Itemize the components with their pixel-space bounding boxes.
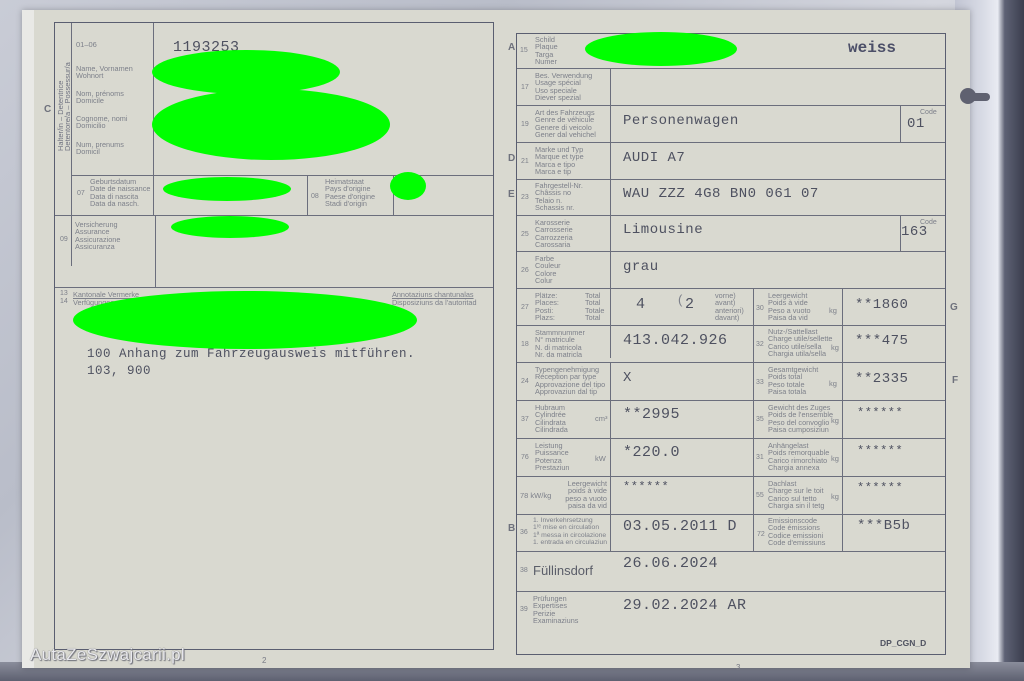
- train-weight-value: ******: [857, 406, 903, 420]
- field-number: 30: [756, 305, 764, 312]
- page-number: 3: [736, 663, 740, 672]
- field-number: 38: [520, 567, 528, 574]
- divider: [753, 288, 754, 551]
- divider: [55, 287, 493, 288]
- divider: [517, 105, 945, 106]
- body-type-value: Limousine: [623, 222, 703, 238]
- seats-front-value: 2: [685, 296, 695, 313]
- field-number: 39: [520, 606, 528, 613]
- remark-line: 100 Anhang zum Fahrzeugausweis mitführen…: [87, 347, 415, 361]
- field-number: 37: [521, 416, 529, 423]
- bracket: (: [678, 292, 682, 307]
- field-label: KarosserieCarrosserie CarrozzeriaCarossa…: [535, 219, 573, 249]
- field-label: LeergewichtPoids à vide Peso a vuotoPais…: [768, 292, 811, 322]
- field-label: Leergewichtpoids à vide peso a vuotopais…: [563, 480, 607, 510]
- empty-weight-value: **1860: [855, 297, 908, 313]
- divider: [517, 438, 945, 439]
- field-number: 25: [521, 231, 529, 238]
- field-label: GesamtgewichtPoids total Peso totalePais…: [768, 366, 818, 396]
- unit-label: kg: [831, 416, 839, 425]
- seats-total-value: 4: [636, 296, 646, 313]
- field-label: Gewicht des ZugesPoids de l'ensemble Pes…: [768, 404, 833, 434]
- side-letter: D: [508, 153, 515, 164]
- inspection-value: 29.02.2024 AR: [623, 597, 747, 614]
- divider: [55, 215, 493, 216]
- field-label: Fahrgestell-Nr.Châssis no Telaio n.Schas…: [535, 182, 583, 212]
- right-page-vehicle-section: 15 SchildPlaque TargaNumer weiss 17 Bes.…: [516, 33, 946, 655]
- left-page-holder-section: Halter/in – Detentrice Detentore/a – Pos…: [54, 22, 494, 650]
- first-registration-value: 03.05.2011 D: [623, 518, 737, 535]
- divider: [153, 175, 154, 215]
- towing-capacity-value: ******: [857, 444, 903, 458]
- field-number: 17: [521, 84, 529, 91]
- unit-label: cm³: [595, 414, 608, 423]
- redaction-mark: [390, 172, 426, 200]
- side-letter: G: [950, 302, 958, 313]
- page-number: 2: [262, 656, 266, 665]
- field-label: HeimatstaatPays d'origine Paese d'origin…: [325, 178, 375, 208]
- watermark: AutaZeSzwajcarii.pl: [30, 645, 185, 665]
- matriculation-number-value: 413.042.926: [623, 332, 728, 349]
- divider: [153, 23, 154, 175]
- sheet-edge: [22, 10, 34, 668]
- unit-label: kg: [829, 306, 837, 315]
- make-model-value: AUDI A7: [623, 150, 685, 166]
- remark-line: 103, 900: [87, 364, 151, 378]
- field-label: Disposiziuns da l'autoritad: [392, 299, 477, 306]
- field-number: 14: [60, 298, 68, 305]
- divider: [517, 591, 945, 592]
- type-approval-value: X: [623, 370, 632, 386]
- divider: [517, 325, 945, 326]
- field-label: PrüfungenExpertises PerizieExaminaziuns: [533, 595, 578, 625]
- field-label: Cognome, nomiDomicilio: [76, 115, 128, 130]
- field-label: FarbeCouleur ColoreColur: [535, 255, 561, 285]
- field-number: 09: [60, 236, 68, 243]
- field-number: 19: [521, 121, 529, 128]
- field-number: 01–06: [76, 40, 97, 49]
- divider: [517, 400, 945, 401]
- side-letter: B: [508, 523, 515, 534]
- chassis-number-value: WAU ZZZ 4G8 BN0 061 07: [623, 186, 819, 202]
- field-label: TotalTotal TotaleTotal: [585, 292, 604, 322]
- field-number: 36: [520, 529, 528, 536]
- field-label: Nom, prénomsDomicile: [76, 90, 124, 105]
- divider: [71, 175, 493, 176]
- field-label: Art des FahrzeugsGenre de véhicule Gener…: [535, 109, 596, 139]
- field-number: 26: [521, 267, 529, 274]
- field-label: StammnummerN° matricule N. di matricolaN…: [535, 329, 585, 359]
- displacement-value: **2995: [623, 406, 680, 423]
- divider: [517, 68, 945, 69]
- field-label: Bes. VerwendungUsage spécial Uso special…: [535, 72, 592, 102]
- field-number: 31: [756, 454, 764, 461]
- issue-date-value: 26.06.2024: [623, 555, 718, 572]
- unit-label: kg: [831, 343, 839, 352]
- payload-value: ***475: [855, 333, 908, 349]
- field-label: DachlastCharge sur le toit Carico sul te…: [768, 480, 824, 510]
- divider: [517, 179, 945, 180]
- divider: [517, 362, 945, 363]
- power-to-weight-value: ******: [623, 480, 669, 494]
- redaction-mark: [73, 291, 417, 349]
- divider: [517, 251, 945, 252]
- field-number: 15: [520, 47, 528, 54]
- field-label: Num, prenumsDomicil: [76, 141, 124, 156]
- color-value: grau: [623, 259, 659, 275]
- vehicle-type-code: 01: [907, 116, 925, 132]
- redaction-mark: [585, 32, 737, 66]
- field-number: 07: [77, 190, 85, 197]
- field-number: 24: [521, 378, 529, 385]
- field-number: 33: [756, 379, 764, 386]
- code-label: Code: [920, 109, 937, 116]
- field-number: 08: [311, 193, 319, 200]
- field-number: 21: [521, 158, 529, 165]
- field-label: GeburtsdatumDate de naissance Data di na…: [90, 178, 150, 208]
- vehicle-type-value: Personenwagen: [623, 113, 739, 129]
- field-label: Name, VornamenWohnort: [76, 65, 133, 80]
- issuing-office: Füllinsdorf: [533, 563, 593, 578]
- field-label: SchildPlaque TargaNumer: [535, 36, 558, 66]
- field-label: HubraumCylindrée CilindrataCilindrada: [535, 404, 568, 434]
- divider: [517, 514, 945, 515]
- field-number: 23: [521, 194, 529, 201]
- field-number: 27: [521, 304, 529, 311]
- unit-label: kg: [829, 379, 837, 388]
- divider: [155, 215, 156, 287]
- divider: [517, 476, 945, 477]
- plate-color-value: weiss: [848, 39, 896, 57]
- divider: [610, 362, 611, 551]
- divider: [307, 175, 308, 215]
- side-letter: C: [44, 104, 51, 115]
- field-number: 55: [756, 492, 764, 499]
- unit-label: kg: [831, 492, 839, 501]
- field-number: 13: [60, 290, 68, 297]
- emission-code-value: ***B5b: [857, 518, 910, 534]
- total-weight-value: **2335: [855, 371, 908, 387]
- side-letter: E: [508, 189, 515, 200]
- field-label: TypengenehmigungRéception par type Appro…: [535, 366, 605, 396]
- divider: [610, 68, 611, 358]
- field-label: Nutz-/SattellastCharge utile/sellette Ca…: [768, 328, 833, 358]
- form-code: DP_CGN_D: [880, 638, 926, 648]
- field-number: 72: [757, 531, 765, 538]
- side-letter: A: [508, 42, 515, 53]
- divider: [900, 105, 901, 142]
- side-letter: F: [952, 375, 958, 386]
- field-label: vorne)avant) anteriori)davant): [715, 292, 744, 322]
- redaction-mark: [163, 177, 291, 201]
- divider: [517, 215, 945, 216]
- keyhole-icon: [960, 88, 992, 108]
- redaction-mark: [152, 89, 390, 160]
- field-number: 78 kW/kg: [520, 491, 551, 500]
- body-type-code: 163: [901, 224, 928, 240]
- field-number: 32: [756, 341, 764, 348]
- field-label: EmissionscodeCode émissions Codice emiss…: [768, 517, 825, 547]
- holder-vertical-label: Detentore/a – Possessur/a: [64, 62, 72, 151]
- roof-load-value: ******: [857, 481, 903, 495]
- unit-label: kW: [595, 454, 606, 463]
- field-label: 1. Inverkehrsetzung1ʳᵉ mise en circulati…: [533, 517, 607, 547]
- field-label: LeistungPuissance PotenzaPrestaziun: [535, 442, 569, 472]
- divider: [842, 288, 843, 551]
- divider: [517, 288, 945, 289]
- field-label: VersicherungAssurance AssicurazioneAssic…: [75, 221, 120, 251]
- redaction-mark: [152, 50, 340, 94]
- field-number: 35: [756, 416, 764, 423]
- redaction-mark: [171, 216, 289, 238]
- divider: [517, 551, 945, 552]
- divider: [517, 142, 945, 143]
- field-label: AnhängelastPoids remorquable Carico rimo…: [768, 442, 829, 472]
- field-number: 76: [521, 454, 529, 461]
- field-label: Plätze:Places: Posti:Plazs:: [535, 292, 559, 322]
- field-number: 18: [521, 341, 529, 348]
- unit-label: kg: [831, 454, 839, 463]
- field-label: Marke und TypMarque et type Marca e tipo…: [535, 146, 584, 176]
- power-value: *220.0: [623, 444, 680, 461]
